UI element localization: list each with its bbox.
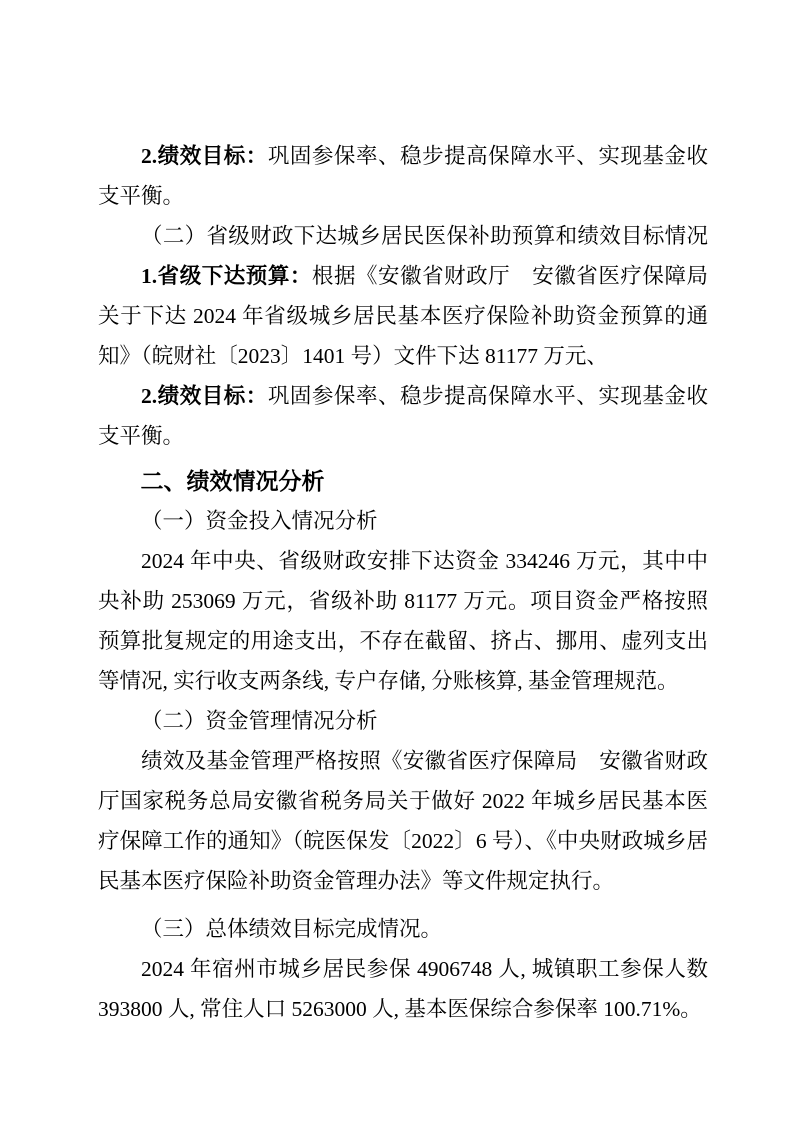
paragraph-provincial-budget-detail: 1.省级下达预算：根据《安徽省财政厅 安徽省医疗保障局关于下达 2024 年省级… [98,256,708,376]
paragraph-section-provincial-budget-title: （二）省级财政下达城乡居民医保补助预算和绩效目标情况 [98,216,708,256]
paragraph-text: 2024 年中央、省级财政安排下达资金 334246 万元，其中中央补助 253… [98,549,708,693]
subheading-fund-management-analysis: （二）资金管理情况分析 [98,701,708,741]
document-content: 2.绩效目标：巩固参保率、稳步提高保障水平、实现基金收支平衡。 （二）省级财政下… [98,136,708,1029]
paragraph-text: 绩效及基金管理严格按照《安徽省医疗保障局 安徽省财政厅国家税务总局安徽省税务局关… [98,749,708,893]
paragraph-fund-management-analysis: 绩效及基金管理严格按照《安徽省医疗保障局 安徽省财政厅国家税务总局安徽省税务局关… [98,741,708,901]
paragraph-overall-performance-completion: 2024 年宿州市城乡居民参保 4906748 人, 城镇职工参保人数 3938… [98,949,708,1029]
heading-performance-analysis: 二、绩效情况分析 [98,461,708,501]
paragraph-performance-goal-2: 2.绩效目标：巩固参保率、稳步提高保障水平、实现基金收支平衡。 [98,376,708,456]
paragraph-text: 2024 年宿州市城乡居民参保 4906748 人, 城镇职工参保人数 3938… [98,957,708,1021]
paragraph-fund-input-analysis: 2024 年中央、省级财政安排下达资金 334246 万元，其中中央补助 253… [98,541,708,701]
subheading-fund-input-analysis: （一）资金投入情况分析 [98,501,708,541]
paragraph-performance-goal-1: 2.绩效目标：巩固参保率、稳步提高保障水平、实现基金收支平衡。 [98,136,708,216]
paragraph-lead-bold: 2.绩效目标： [141,144,268,168]
document-page: 2.绩效目标：巩固参保率、稳步提高保障水平、实现基金收支平衡。 （二）省级财政下… [0,0,793,1122]
paragraph-text: （二）省级财政下达城乡居民医保补助预算和绩效目标情况 [141,224,708,248]
paragraph-lead-bold: 1.省级下达预算： [141,264,312,288]
paragraph-lead-bold: 2.绩效目标： [141,384,268,408]
subheading-overall-performance-completion: （三）总体绩效目标完成情况。 [98,909,708,949]
